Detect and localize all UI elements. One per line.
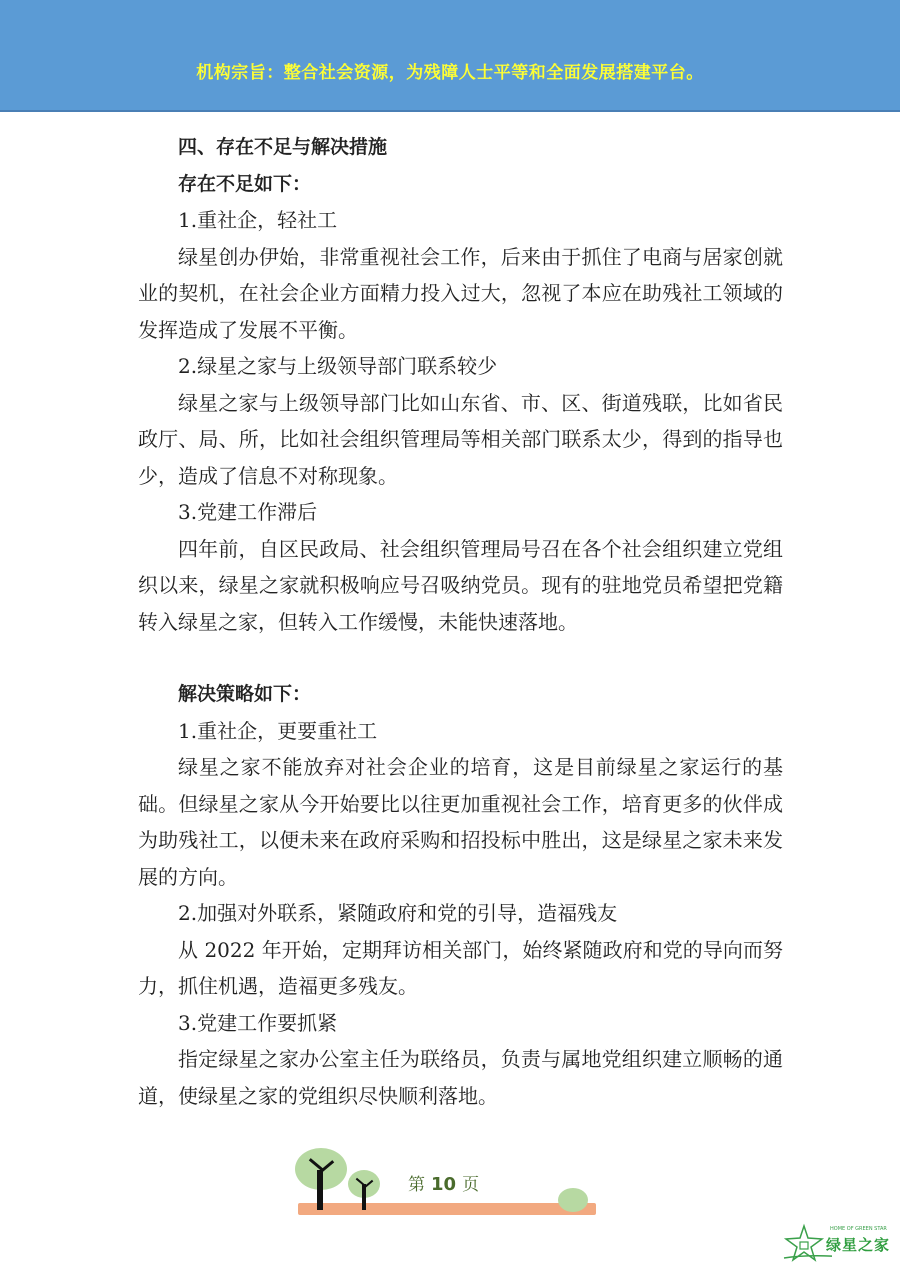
shortcoming-1-body: 绿星创办伊始，非常重视社会工作，后来由于抓住了电商与居家创就业的契机，在社会企业… xyxy=(138,239,783,349)
shortcoming-2-title: 2.绿星之家与上级领导部门联系较少 xyxy=(138,348,783,385)
page-suffix: 页 xyxy=(462,1175,479,1195)
page-footer: 第10页 xyxy=(290,1140,610,1220)
logo-english-text: HOME OF GREEN STAR xyxy=(830,1226,887,1232)
solutions-heading: 解决策略如下： xyxy=(138,676,783,713)
shortcoming-3-title: 3.党建工作滞后 xyxy=(138,494,783,531)
page-number-value: 10 xyxy=(431,1174,456,1195)
green-star-logo: HOME OF GREEN STAR 绿星之家 xyxy=(782,1222,892,1268)
page-prefix: 第 xyxy=(408,1175,425,1195)
solution-3-title: 3.党建工作要抓紧 xyxy=(138,1005,783,1042)
shortcoming-3-body: 四年前，自区民政局、社会组织管理局号召在各个社会组织建立党组织以来，绿星之家就积… xyxy=(138,531,783,641)
solution-3-body: 指定绿星之家办公室主任为联络员，负责与属地党组织建立顺畅的通道，使绿星之家的党组… xyxy=(138,1041,783,1114)
organization-motto: 机构宗旨：整合社会资源，为残障人士平等和全面发展搭建平台。 xyxy=(0,58,900,83)
logo-chinese-text: 绿星之家 xyxy=(826,1234,890,1255)
solution-1-title: 1.重社企，更要重社工 xyxy=(138,713,783,750)
solution-2-body: 从 2022 年开始，定期拜访相关部门，始终紧随政府和党的导向而努力，抓住机遇，… xyxy=(138,932,783,1005)
spacer xyxy=(138,640,783,676)
document-body: 四、存在不足与解决措施 存在不足如下： 1.重社企，轻社工 绿星创办伊始，非常重… xyxy=(138,129,783,1114)
bush-icon xyxy=(558,1188,588,1212)
star-logo-icon xyxy=(782,1222,832,1268)
solution-1-body: 绿星之家不能放弃对社会企业的培育，这是目前绿星之家运行的基础。但绿星之家从今开始… xyxy=(138,749,783,895)
page-number: 第10页 xyxy=(408,1170,479,1195)
shortcoming-1-title: 1.重社企，轻社工 xyxy=(138,202,783,239)
header-band: 机构宗旨：整合社会资源，为残障人士平等和全面发展搭建平台。 xyxy=(0,0,900,112)
large-tree-trunk xyxy=(317,1170,323,1210)
shortcomings-heading: 存在不足如下： xyxy=(138,166,783,203)
shortcoming-2-body: 绿星之家与上级领导部门比如山东省、市、区、街道残联，比如省民政厅、局、所，比如社… xyxy=(138,385,783,495)
ground-stripe-decoration xyxy=(298,1203,596,1215)
section-title: 四、存在不足与解决措施 xyxy=(138,129,783,166)
solution-2-title: 2.加强对外联系，紧随政府和党的引导，造福残友 xyxy=(138,895,783,932)
